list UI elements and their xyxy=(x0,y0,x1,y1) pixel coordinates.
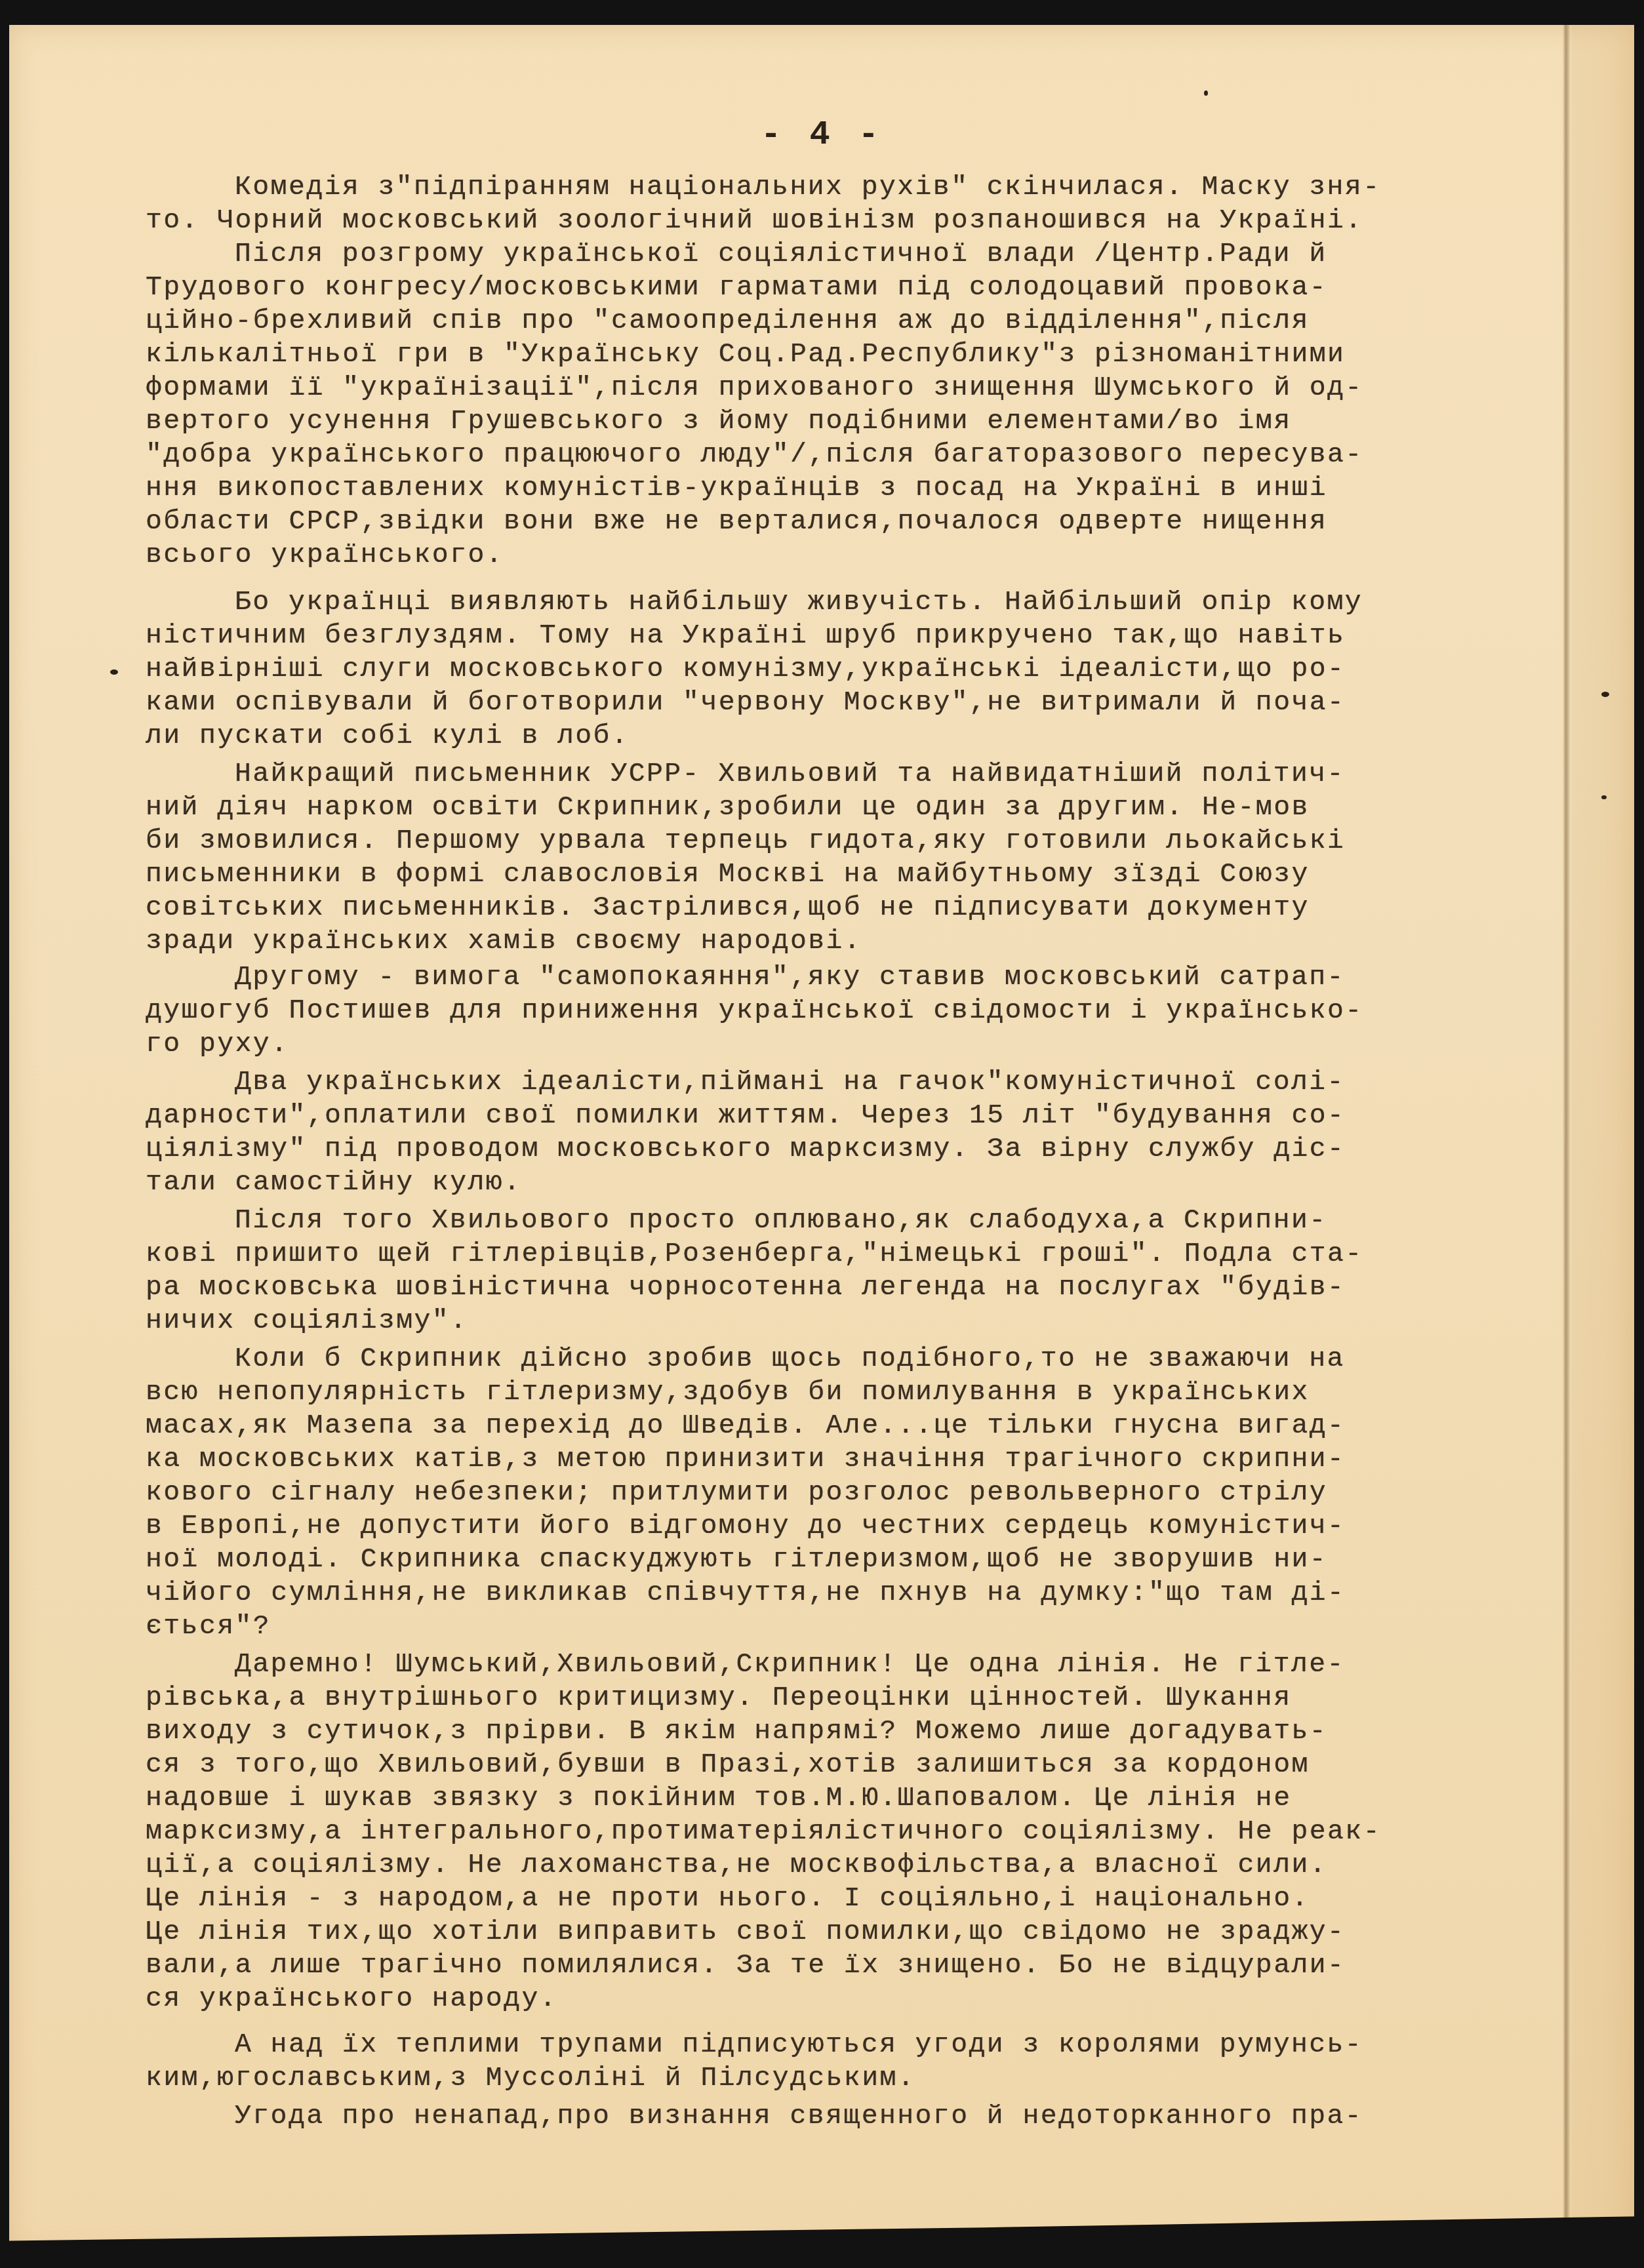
text-line: вали,а лише трагічно помилялися. За те ї… xyxy=(146,1952,1345,1980)
text-line: вертого усунення Грушевського з йому под… xyxy=(146,408,1291,435)
margin-dot-mark xyxy=(1204,90,1208,96)
text-line: ністичним безглуздям. Тому на Україні шр… xyxy=(146,622,1345,650)
page-number: - 4 - xyxy=(9,115,1634,154)
text-line: чійого сумління,не викликав співчуття,не… xyxy=(146,1580,1345,1607)
text-line: Другому - вимога "самопокаяння",яку став… xyxy=(235,964,1345,991)
text-line: Трудового конгресу/московськими гарматам… xyxy=(146,274,1327,302)
text-line: Угода про ненапад,про визнання священног… xyxy=(235,2103,1363,2130)
margin-dot-mark xyxy=(1601,795,1607,799)
text-line: Це лінія - з народом,а не проти нього. І… xyxy=(146,1885,1310,1913)
text-line: надовше і шукав звязку з покійним тов.М.… xyxy=(146,1785,1291,1812)
text-line: области СРСР,звідки вони вже не верталис… xyxy=(146,508,1327,536)
text-line: масах,як Мазепа за перехід до Шведів. Ал… xyxy=(146,1412,1345,1440)
text-line: ся з того,що Хвильовий,бувши в Празі,хот… xyxy=(146,1751,1310,1779)
text-line: найвірніші слуги московського комунізму,… xyxy=(146,656,1345,683)
text-line: Два українських ідеалісти,піймані на гач… xyxy=(235,1069,1345,1096)
text-line: душогуб Постишев для приниження українсь… xyxy=(146,997,1363,1025)
text-line: Після того Хвильового просто оплювано,як… xyxy=(235,1207,1327,1235)
text-line: Найкращий письменник УСРР- Хвильовий та … xyxy=(235,761,1345,788)
text-line: ційно-брехливий спів про "самоопреділенн… xyxy=(146,308,1310,335)
text-line: то. Чорний московський зоологічний шовін… xyxy=(146,207,1363,235)
text-line: Після розгрому української соціялістично… xyxy=(235,241,1327,268)
margin-dot-mark xyxy=(110,669,118,675)
text-line: Даремно! Шумський,Хвильовий,Скрипник! Це… xyxy=(235,1651,1345,1679)
text-line: ся українського народу. xyxy=(146,1985,557,2013)
text-line: ли пускати собі кулі в лоб. xyxy=(146,723,629,750)
text-line: марксизму,а інтегрального,протиматеріялі… xyxy=(146,1818,1381,1846)
text-line: всього українського. xyxy=(146,542,504,569)
text-line: в Европі,не допустити його відгомону до … xyxy=(146,1513,1345,1540)
text-line: рівська,а внутрішнього критицизму. Перео… xyxy=(146,1684,1291,1712)
text-line: виходу з сутичок,з прірви. В якім напрям… xyxy=(146,1718,1327,1745)
text-line: ної молоді. Скрипника спаскуджують гітле… xyxy=(146,1546,1327,1574)
text-line: ється"? xyxy=(146,1613,271,1641)
text-line: Це лінія тих,що хотіли виправить свої по… xyxy=(146,1919,1345,1946)
text-line: А над їх теплими трупами підписуються уг… xyxy=(235,2031,1363,2059)
text-line: кові пришито щей гітлерівців,Розенберга,… xyxy=(146,1241,1363,1268)
text-line: кового сігналу небезпеки; притлумити роз… xyxy=(146,1479,1327,1507)
document-page: - 4 - Комедія з"підпіранням національних… xyxy=(9,25,1634,2254)
text-line: ким,югославським,з Муссоліні й Пілсудськ… xyxy=(146,2065,915,2092)
text-line: дарности",оплатили свої помилки життям. … xyxy=(146,1102,1345,1130)
text-line: зради українських хамів своєму народові. xyxy=(146,928,862,955)
text-line: ничих соціялізму". xyxy=(146,1307,468,1335)
text-line: Коли б Скрипник дійсно зробив щось подіб… xyxy=(235,1345,1345,1373)
margin-dot-mark xyxy=(1601,692,1609,697)
text-line: го руху. xyxy=(146,1031,289,1058)
text-line: тали самостійну кулю. xyxy=(146,1169,521,1197)
text-line: ка московських катів,з метою принизити з… xyxy=(146,1446,1345,1473)
text-line: ції,а соціялізму. Не лахоманства,не моск… xyxy=(146,1852,1327,1879)
text-line: ками оспівували й боготворили "червону М… xyxy=(146,689,1345,717)
page-fold xyxy=(1571,25,1634,2254)
text-line: би змовилися. Першому урвала терпець гид… xyxy=(146,827,1345,855)
text-line: "добра українського працюючого люду"/,пі… xyxy=(146,441,1363,469)
text-line: ра московська шовіністична чорносотенна … xyxy=(146,1274,1345,1302)
text-line: письменники в формі славословія Москві н… xyxy=(146,861,1310,888)
text-line: всю непопулярність гітлеризму,здобув би … xyxy=(146,1379,1310,1406)
text-line: ння викопоставлених комуністів-українців… xyxy=(146,475,1327,502)
text-line: Бо українці виявляють найбільшу живучіст… xyxy=(235,589,1363,616)
text-line: ціялізму" під проводом московського марк… xyxy=(146,1136,1345,1163)
text-line: формами її "українізації",після прихован… xyxy=(146,374,1363,402)
text-line: ний діяч нарком освіти Скрипник,зробили … xyxy=(146,794,1310,822)
text-line: совітських письменників. Застрілився,щоб… xyxy=(146,894,1310,922)
text-line: кількалітньої гри в "Українську Соц.Рад.… xyxy=(146,341,1345,368)
text-line: Комедія з"підпіранням національних рухів… xyxy=(235,174,1380,201)
